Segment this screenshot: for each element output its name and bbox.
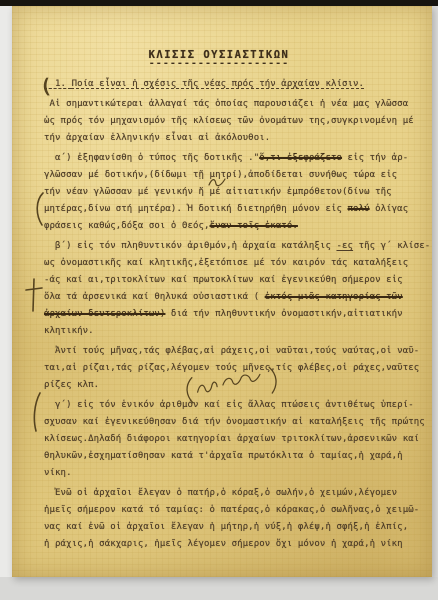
- typed-segment: τήν ἀρχαίαν ἑλληνικήν εἶναι αἱ ἀκόλουθοι…: [44, 133, 270, 143]
- typed-line: 1. Ποία εἶναι ἡ σχέσις τῆς νέας πρός τήν…: [44, 76, 424, 93]
- typed-line: -άς καί αι,τριτοκλίτων καί πρωτοκλίτων κ…: [44, 272, 424, 289]
- typed-line: νίκη.: [44, 465, 424, 482]
- typed-segment: ὅλα τά ἀρσενικά καί θηλυκά οὐσιαστικά (: [44, 292, 265, 302]
- typed-segment: ρίζες κλπ.: [44, 380, 99, 390]
- paragraph: γ΄) εἰς τόν ἑνικόν ἀριθμόν καί εἰς ἄλλας…: [44, 397, 424, 482]
- title-underline: --------------------: [0, 58, 438, 69]
- typed-segment: Αἱ σημαντικώτεραι ἀλλαγαί τάς ὁποίας παρ…: [44, 99, 408, 109]
- typed-segment: ὀλίγας: [370, 204, 409, 214]
- typed-segment: μητέρας,δίνω στή μητέρα). Ἡ δοτική διετη…: [44, 204, 348, 214]
- typed-line: α΄) ἐξηφανίσθη ὁ τύπος τῆς δοτικῆς ."ὅ,τ…: [44, 150, 424, 167]
- handwritten-parenthesis: (: [39, 74, 53, 99]
- typed-segment: διά τήν πληθυντικήν ὀνομαστικήν,αἰτιατικ…: [165, 309, 402, 319]
- typed-segment: ἡ ράχις,ἡ σάκχαρις, ἡμεῖς λέγομεν σήμερο…: [44, 539, 403, 549]
- typed-segment: φράσεις καθώς,δόξα σοι ὁ Θεός,: [44, 221, 210, 231]
- typed-segment: γ΄) εἰς τόν ἑνικόν ἀριθμόν καί εἰς ἄλλας…: [44, 400, 414, 410]
- typed-segment: -ες: [336, 241, 353, 251]
- typed-segment: β΄) εἰς τόν πληθυντικόν ἀριθμόν,ἡ ἀρχαία…: [44, 241, 336, 251]
- typed-segment: Ἀντί τούς μῆνας,τάς φλέβας,αἱ ράχεις,οἱ …: [44, 346, 419, 356]
- typed-line: Ἐνῶ οἱ ἀρχαῖοι ἔλεγαν ὁ πατήρ,ὁ κόραξ,ὁ …: [44, 485, 424, 502]
- typed-line: Αἱ σημαντικώτεραι ἀλλαγαί τάς ὁποίας παρ…: [44, 96, 424, 113]
- typed-segment: εἰς τήν ἀρ-: [342, 153, 408, 163]
- typed-line: νας καί ἐνῶ οἱ ἀρχαῖοι ἔλεγαν ἡ μήτηρ,ἡ …: [44, 519, 424, 536]
- typed-line: ἡ ράχις,ἡ σάκχαρις, ἡμεῖς λέγομεν σήμερο…: [44, 536, 424, 553]
- typed-segment: -άς καί αι,τριτοκλίτων καί πρωτοκλίτων κ…: [44, 275, 403, 285]
- typed-segment: ὡς πρός τόν μηχανισμόν τῆς κλίσεως τῶν ὀ…: [44, 116, 414, 126]
- typed-line: ἀρχαίων δευτεροκλίτων) διά τήν πληθυντικ…: [44, 306, 424, 323]
- typed-segment: Ἐνῶ οἱ ἀρχαῖοι ἔλεγαν ὁ πατήρ,ὁ κόραξ,ὁ …: [44, 488, 397, 498]
- handwritten-margin-brace: [33, 192, 45, 226]
- typed-segment: σχυσαν καί ἐγενικεύθησαν διά τήν ὀνομαστ…: [44, 417, 425, 427]
- struck-text: ἀρχαίων δευτεροκλίτων): [44, 309, 165, 319]
- typed-line: κλητικήν.: [44, 323, 424, 340]
- typed-line: γλῶσσαν μέ δοτικήν,(δίδωμι τῇ μητρί),ἀπο…: [44, 167, 424, 184]
- typed-segment: νίκη.: [44, 468, 72, 478]
- typed-text-block: 1. Ποία εἶναι ἡ σχέσις τῆς νέας πρός τήν…: [44, 76, 424, 553]
- handwritten-margin-cross: [24, 278, 44, 312]
- struck-text: ἐκτός μιᾶς κατηγορίας τῶν: [265, 292, 403, 302]
- scanned-document-page: ΚΛΙΣΙΣ ΟΥΣΙΑΣΤΙΚΩΝ -------------------- …: [0, 0, 438, 600]
- scan-background-bottom: [0, 577, 438, 600]
- typed-segment: Ποία εἶναι ἡ σχέσις τῆς νέας πρός τήν ἀρ…: [72, 79, 364, 89]
- typed-segment: θηλυκῶν,ἐσχηματίσθησαν κατά τ'ἀρχαῖα πρω…: [44, 451, 403, 461]
- typed-segment: τῆς γ΄ κλίσε-: [353, 241, 430, 251]
- typed-line: ὅλα τά ἀρσενικά καί θηλυκά οὐσιαστικά ( …: [44, 289, 424, 306]
- typed-segment: ως ὀνομαστικῆς καί κλητικῆς,ἐξετόπισε μέ…: [44, 258, 408, 268]
- scan-top-edge: [0, 0, 438, 6]
- typed-segment: κλητικήν.: [44, 326, 94, 336]
- typed-line: θηλυκῶν,ἐσχηματίσθησαν κατά τ'ἀρχαῖα πρω…: [44, 448, 424, 465]
- typed-segment: νας καί ἐνῶ οἱ ἀρχαῖοι ἔλεγαν ἡ μήτηρ,ἡ …: [44, 522, 408, 532]
- handwritten-insert-scribble: [208, 176, 226, 188]
- handwritten-margin-stroke: [29, 392, 43, 432]
- typed-segment: κλίσεως.Δηλαδή διάφοροι κατηγορίαι ἀρχαί…: [44, 434, 419, 444]
- typed-line: τήν νέαν γλῶσσαν μέ γενικήν ἤ μέ αἰτιατι…: [44, 184, 424, 201]
- typed-line: τήν ἀρχαίαν ἑλληνικήν εἶναι αἱ ἀκόλουθοι…: [44, 130, 424, 147]
- paragraph: Αἱ σημαντικώτεραι ἀλλαγαί τάς ὁποίας παρ…: [44, 96, 424, 147]
- struck-text: πολύ: [348, 204, 370, 214]
- typed-line: ὡς πρός τόν μηχανισμόν τῆς κλίσεως τῶν ὀ…: [44, 113, 424, 130]
- typed-segment: τήν νέαν γλῶσσαν μέ γενικήν ἤ μέ αἰτιατι…: [44, 187, 392, 197]
- paragraph: β΄) εἰς τόν πληθυντικόν ἀριθμόν,ἡ ἀρχαία…: [44, 238, 424, 340]
- typed-line: β΄) εἰς τόν πληθυντικόν ἀριθμόν,ἡ ἀρχαία…: [44, 238, 424, 255]
- paragraph: α΄) ἐξηφανίσθη ὁ τύπος τῆς δοτικῆς ."ὅ,τ…: [44, 150, 424, 235]
- struck-text: ὅ,τι ἐξεφράζετο: [259, 153, 342, 163]
- typed-segment: ἡμεῖς σήμερον κατά τό ταμίας: ὁ πατέρας,…: [44, 505, 419, 515]
- scan-background-right: [431, 0, 438, 600]
- paragraph: 1. Ποία εἶναι ἡ σχέσις τῆς νέας πρός τήν…: [44, 76, 424, 93]
- typed-line: σχυσαν καί ἐγενικεύθησαν διά τήν ὀνομαστ…: [44, 414, 424, 431]
- paragraph: Ἐνῶ οἱ ἀρχαῖοι ἔλεγαν ὁ πατήρ,ὁ κόραξ,ὁ …: [44, 485, 424, 553]
- typed-line: Ἀντί τούς μῆνας,τάς φλέβας,αἱ ράχεις,οἱ …: [44, 343, 424, 360]
- typed-line: φράσεις καθώς,δόξα σοι ὁ Θεός,ἕναν τοῖς …: [44, 218, 424, 235]
- typed-line: ως ὀνομαστικῆς καί κλητικῆς,ἐξετόπισε μέ…: [44, 255, 424, 272]
- typed-segment: α΄) ἐξηφανίσθη ὁ τύπος τῆς δοτικῆς .": [44, 153, 259, 163]
- typed-line: ἡμεῖς σήμερον κατά τό ταμίας: ὁ πατέρας,…: [44, 502, 424, 519]
- typed-line: κλίσεως.Δηλαδή διάφοροι κατηγορίαι ἀρχαί…: [44, 431, 424, 448]
- typed-line: μητέρας,δίνω στή μητέρα). Ἡ δοτική διετη…: [44, 201, 424, 218]
- struck-text: ἕναν τοῖς ἑκατό.: [210, 221, 298, 231]
